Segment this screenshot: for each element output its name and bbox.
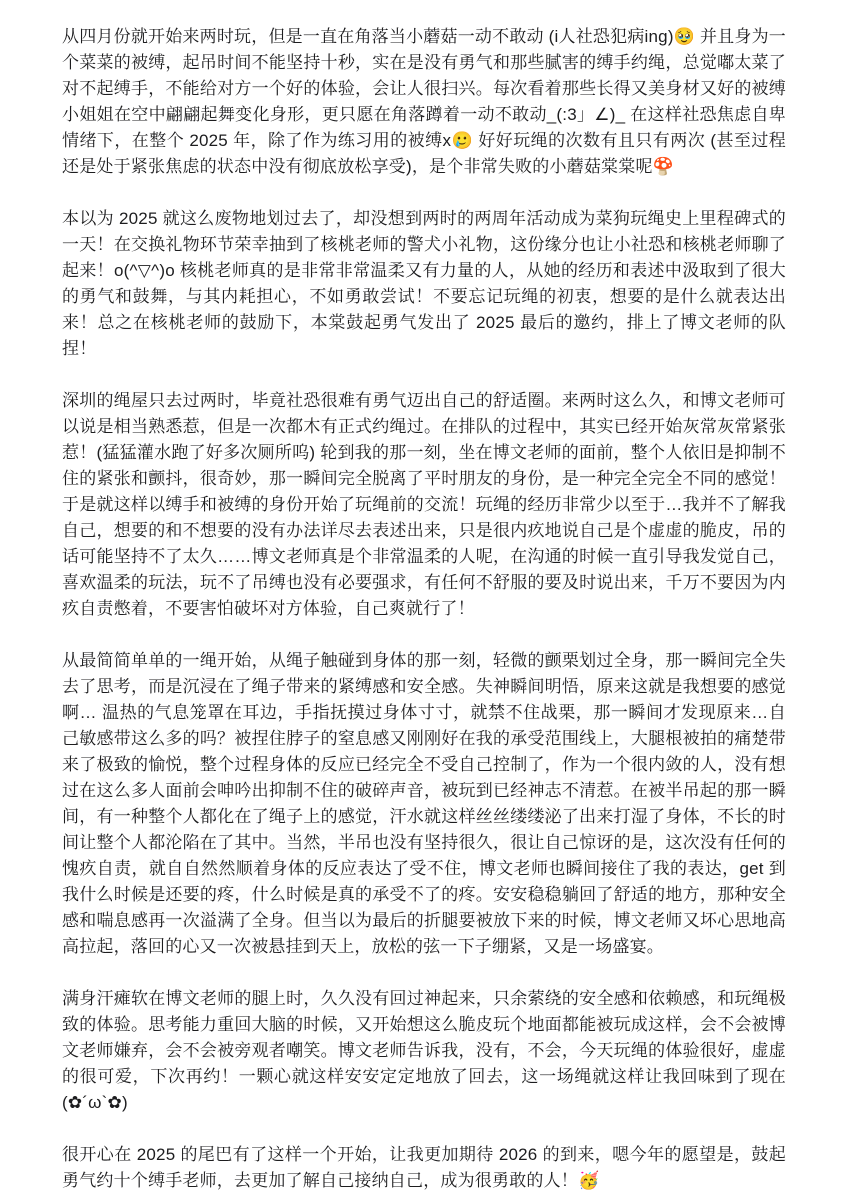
paragraph-3: 深圳的绳屋只去过两时，毕竟社恐很难有勇气迈出自己的舒适圈。来两时这么久，和博文老… xyxy=(62,388,786,622)
paragraph-4: 从最简简单单的一绳开始，从绳子触碰到身体的那一刻，轻微的颤栗划过全身，那一瞬间完… xyxy=(62,648,786,960)
paragraph-1: 从四月份就开始来两时玩，但是一直在角落当小蘑菇一动不敢动 (i人社恐犯病ing)… xyxy=(62,24,786,180)
paragraph-6: 很开心在 2025 的尾巴有了这样一个开始，让我更加期待 2026 的到来，嗯今… xyxy=(62,1142,786,1194)
document-page: 从四月份就开始来两时玩，但是一直在角落当小蘑菇一动不敢动 (i人社恐犯病ing)… xyxy=(0,0,848,1200)
paragraph-5: 满身汗瘫软在博文老师的腿上时，久久没有回过神起来，只余萦绕的安全感和依赖感，和玩… xyxy=(62,986,786,1116)
paragraph-2: 本以为 2025 就这么废物地划过去了，却没想到两时的两周年活动成为菜狗玩绳史上… xyxy=(62,206,786,362)
